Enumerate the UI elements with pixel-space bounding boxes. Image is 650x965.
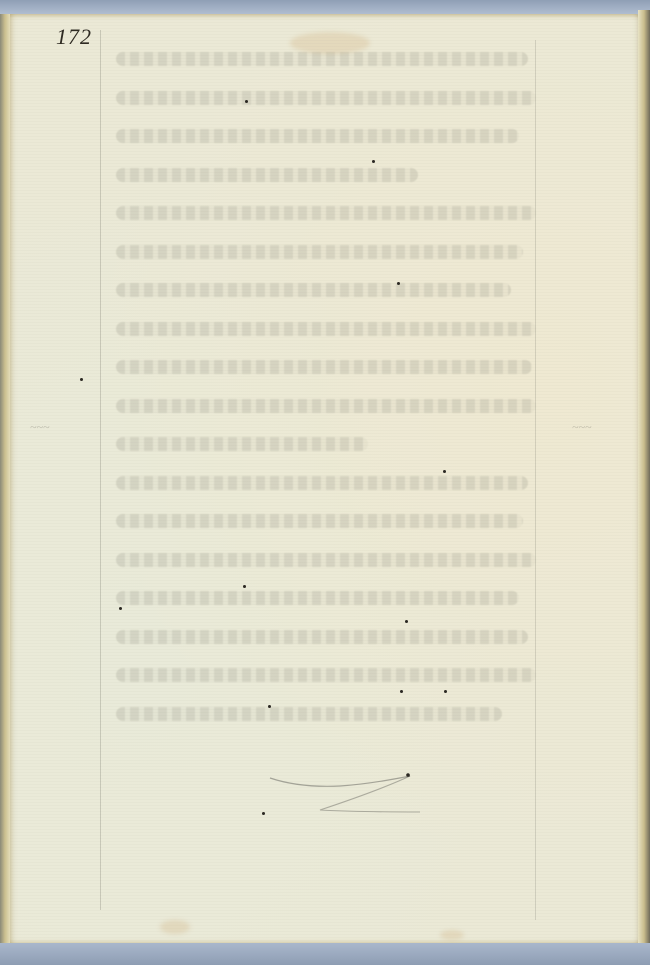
ghost-text-line bbox=[116, 399, 536, 413]
ghost-text-line bbox=[116, 245, 523, 259]
ink-speck bbox=[243, 585, 246, 588]
ink-speck bbox=[405, 620, 408, 623]
margin-ghost-note: ~~~ bbox=[572, 420, 591, 435]
ghost-text-line bbox=[116, 91, 536, 105]
ghost-text-line bbox=[116, 591, 519, 605]
ink-speck bbox=[119, 607, 122, 610]
ink-speck bbox=[372, 160, 375, 163]
ink-speck bbox=[268, 705, 271, 708]
ghost-text-line bbox=[116, 668, 536, 682]
paper-stain bbox=[440, 930, 464, 940]
show-through-text-block bbox=[116, 52, 536, 745]
ghost-text-line bbox=[116, 360, 532, 374]
ghost-text-line bbox=[116, 129, 519, 143]
ghost-text-line bbox=[116, 168, 418, 182]
ink-speck bbox=[80, 378, 83, 381]
paper-stain bbox=[160, 920, 190, 934]
scan-bottom-border bbox=[0, 943, 650, 965]
ink-speck bbox=[397, 282, 400, 285]
ghost-text-line bbox=[116, 206, 536, 220]
ghost-text-line bbox=[116, 707, 502, 721]
page-right-edge-binding bbox=[638, 10, 650, 945]
ghost-text-line bbox=[116, 52, 528, 66]
ghost-text-line bbox=[116, 283, 511, 297]
ghost-text-line bbox=[116, 476, 528, 490]
ghost-text-line bbox=[116, 437, 368, 451]
ghost-text-line bbox=[116, 630, 528, 644]
left-margin-rule bbox=[100, 30, 101, 910]
signature-flourish bbox=[260, 770, 430, 830]
scanned-page-viewer: 172 ~~~ ~~~ bbox=[0, 0, 650, 965]
scan-top-border bbox=[0, 0, 650, 14]
margin-ghost-note: ~~~ bbox=[30, 420, 49, 435]
ink-speck bbox=[245, 100, 248, 103]
ghost-text-line bbox=[116, 514, 523, 528]
ghost-text-line bbox=[116, 553, 536, 567]
folio-number: 172 bbox=[56, 24, 92, 50]
ink-speck bbox=[443, 470, 446, 473]
ink-speck bbox=[400, 690, 403, 693]
paper-stain bbox=[290, 32, 370, 54]
page-left-edge bbox=[0, 14, 10, 944]
ghost-text-line bbox=[116, 322, 536, 336]
ink-speck bbox=[444, 690, 447, 693]
